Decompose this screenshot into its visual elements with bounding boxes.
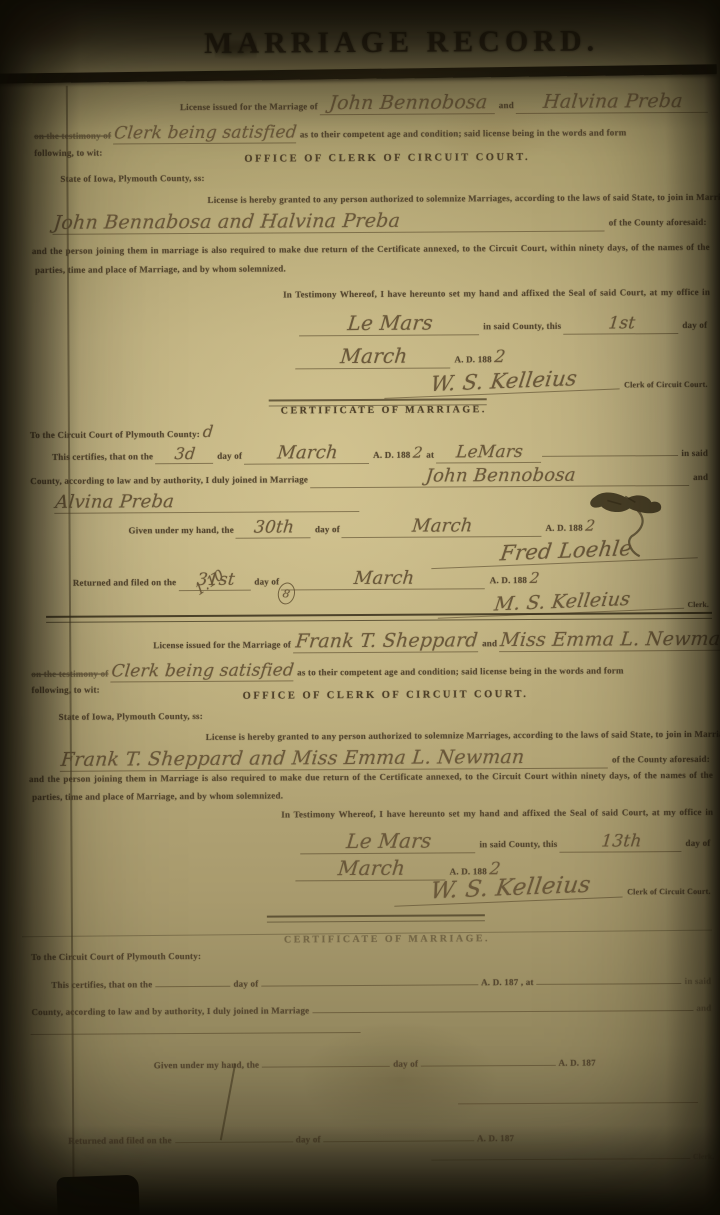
license1-clerk-line: W. S. Kelleius Clerk of Circuit Court. xyxy=(387,368,711,395)
blank-line xyxy=(537,975,682,985)
blank-line xyxy=(421,1057,555,1067)
certificate1-certifies-line: This certifies, that on the 3d day of Ma… xyxy=(49,440,711,466)
license2-testimony-whereof: In Testimony Whereof, I have hereunto se… xyxy=(281,807,713,820)
certificate2-joined-line: County, according to law and by authorit… xyxy=(28,1002,714,1017)
page-content: MARRIAGE RECORD. License issued for the … xyxy=(0,0,720,1215)
printed-label: A. D. 188 xyxy=(487,575,530,585)
printed-label: and xyxy=(479,638,500,648)
blank-line xyxy=(542,447,678,457)
printed-label: day of xyxy=(214,451,245,461)
license1-return-clause1: and the person joining them in marriage … xyxy=(32,242,710,256)
blank-line xyxy=(155,978,230,988)
printed-label: Clerk of Circuit Court. xyxy=(624,887,714,897)
printed-label: Returned and filed on the xyxy=(65,1135,175,1146)
printed-label: Clerk. xyxy=(690,1152,717,1161)
printed-label: Clerk of Circuit Court. xyxy=(621,380,711,390)
section-heading: CERTIFICATE OF MARRIAGE. xyxy=(59,403,709,418)
year-entry: 2 xyxy=(413,444,425,462)
printed-label: parties, time and place of Marriage, and… xyxy=(29,790,286,802)
printed-label: and the person joining them in Marriage … xyxy=(29,770,713,784)
printed-label: day of xyxy=(390,1059,421,1069)
certificate1-minister-line: Fred Loehle xyxy=(434,538,699,565)
license1-testimony-line: on the testimony of Clerk being satisfie… xyxy=(31,120,709,145)
printed-label: A. D. 188 xyxy=(370,450,413,460)
place-entry: Le Mars xyxy=(299,310,481,336)
day-entry: 30th xyxy=(236,517,313,538)
printed-label: day of xyxy=(230,979,261,989)
couple-names: John Bennabosa and Halvina Preba xyxy=(53,208,607,234)
bride-name: Halvina Preba xyxy=(516,90,710,114)
certificate1-given-line: Given under my hand, the 30th day of Mar… xyxy=(125,515,595,540)
certificate1-heading: CERTIFICATE OF MARRIAGE. xyxy=(59,403,709,418)
license2-state-line: State of Iowa, Plymouth County, ss: xyxy=(56,711,206,722)
section-divider xyxy=(267,914,485,922)
printed-label: in said xyxy=(682,976,715,986)
printed-label: License is hereby granted to any person … xyxy=(206,729,713,742)
license2-return-clause2: parties, time and place of Marriage, and… xyxy=(29,790,286,802)
printed-label: A. D. 188 xyxy=(542,523,585,533)
header-rule xyxy=(0,64,717,83)
license1-office-heading: OFFICE OF CLERK OF CIRCUIT COURT. xyxy=(57,151,717,166)
printed-label: A. D. 187 , at xyxy=(478,977,537,987)
printed-label: at xyxy=(423,450,437,460)
certificate2-returned-line: Returned and filed on the day of A. D. 1… xyxy=(65,1132,517,1146)
blank-line xyxy=(31,1018,361,1035)
printed-label: day of xyxy=(679,320,710,330)
clerk-signature: W. S. Kelleius xyxy=(394,870,626,906)
section-heading: OFFICE OF CLERK OF CIRCUIT COURT. xyxy=(61,688,711,703)
printed-label: A. D. 187 xyxy=(474,1133,517,1143)
printed-label: Clerk. xyxy=(685,600,712,609)
printed-label: day of xyxy=(312,524,343,534)
license2-office-heading: OFFICE OF CLERK OF CIRCUIT COURT. xyxy=(61,688,711,703)
license2-testimony-line: on the testimony of Clerk being satisfie… xyxy=(28,658,712,683)
blank-line xyxy=(324,1132,474,1142)
place-entry: Le Mars xyxy=(300,828,477,854)
certificate1-court-line: To the Circuit Court of Plymouth County:… xyxy=(27,422,214,442)
printed-label: and xyxy=(690,472,711,482)
groom-name: Frank T. Sheppard xyxy=(293,629,480,653)
printed-label: License issued for the Marriage of xyxy=(150,639,294,650)
license1-month-year-line: March A. D. 188 2 xyxy=(296,343,551,370)
printed-label: License is hereby granted to any person … xyxy=(207,192,709,205)
license1-place-day-line: Le Mars in said County, this 1st day of xyxy=(300,309,710,337)
certificate2-clerk-line: Clerk. xyxy=(431,1150,717,1163)
bride-name: Miss Emma L. Newman xyxy=(499,628,720,652)
year-entry: 2 xyxy=(494,347,507,367)
printed-label: in said County, this xyxy=(480,321,564,332)
license2-place-day-line: Le Mars in said County, this 13th day of xyxy=(301,827,713,855)
license1-names-line: John Bennabosa and Halvina Preba of the … xyxy=(54,208,710,235)
license1-state-line: State of Iowa, Plymouth County, ss: xyxy=(57,173,207,184)
marriage-record-photo: MARRIAGE RECORD. License issued for the … xyxy=(0,0,720,1215)
certificate1-returned-line: Returned and filed on the 31st day of Ma… xyxy=(70,567,540,592)
printed-label: This certifies, that on the xyxy=(49,451,156,462)
place-entry: LeMars xyxy=(436,442,543,464)
printed-label: County, according to law and by authorit… xyxy=(27,474,311,486)
printed-label: day of xyxy=(682,838,713,848)
testimony-entry: Clerk being satisfied xyxy=(113,122,298,144)
license1-issued-line: License issued for the Marriage of John … xyxy=(177,90,709,116)
printed-label: of the County aforesaid: xyxy=(609,754,713,765)
license2-issued-line: License issued for the Marriage of Frank… xyxy=(150,628,712,654)
license2-names-line: Frank T. Sheppard and Miss Emma L. Newma… xyxy=(61,745,713,772)
pen-scratch xyxy=(220,1063,236,1140)
printed-label: County, according to law and by authorit… xyxy=(28,1005,312,1017)
printed-label: State of Iowa, Plymouth County, ss: xyxy=(57,173,207,184)
printed-label: This certifies, that on the xyxy=(48,979,155,990)
printed-label: To the Circuit Court of Plymouth County: xyxy=(27,429,203,440)
printed-label: A. D. 188 xyxy=(451,354,494,364)
printed-label: as to their competent age and condition;… xyxy=(294,665,712,678)
stray-pen-mark: d xyxy=(202,422,214,441)
certificate2-certifies-line: This certifies, that on the day of A. D.… xyxy=(48,975,714,990)
blank-line xyxy=(312,1002,693,1013)
printed-label: In Testimony Whereof, I have hereunto se… xyxy=(281,807,713,820)
printed-label: on the testimony of xyxy=(31,130,114,141)
printed-label: in said xyxy=(678,448,711,458)
printed-label: and xyxy=(693,1003,714,1013)
day-entry: 3d xyxy=(155,444,215,464)
license1-grant-line: License is hereby granted to any person … xyxy=(207,192,709,205)
blank-line xyxy=(261,976,478,986)
book-tab xyxy=(56,1175,139,1215)
printed-label: A. D. 187 xyxy=(555,1058,598,1068)
printed-label: In Testimony Whereof, I have hereunto se… xyxy=(283,287,710,300)
license1-testimony-whereof: In Testimony Whereof, I have hereunto se… xyxy=(283,287,710,300)
printed-label: as to their competent age and condition;… xyxy=(297,127,709,140)
day-entry: 13th xyxy=(559,831,683,853)
month-entry: March xyxy=(295,343,452,369)
certificate1-clerk-line: M. S. Kelleius Clerk. xyxy=(440,590,712,615)
printed-label: day of xyxy=(251,576,282,586)
printed-label: in said County, this xyxy=(476,839,560,850)
printed-label: of the County aforesaid: xyxy=(606,217,710,228)
blank-line xyxy=(262,1058,390,1068)
printed-label: on the testimony of xyxy=(28,669,111,680)
printed-label: State of Iowa, Plymouth County, ss: xyxy=(56,711,206,722)
page-title: MARRIAGE RECORD. xyxy=(81,24,720,62)
printed-label: and the person joining them in marriage … xyxy=(32,242,710,256)
license2-clerk-line: W. S. Kelleius Clerk of Circuit Court. xyxy=(397,874,714,903)
printed-label: Returned and filed on the xyxy=(70,577,180,588)
testimony-entry: Clerk being satisfied xyxy=(110,660,295,682)
license2-grant-line: License is hereby granted to any person … xyxy=(206,729,713,742)
printed-label: parties, time and place of Marriage, and… xyxy=(32,263,289,275)
certificate2-given-line: Given under my hand, the day of A. D. 18… xyxy=(151,1057,599,1071)
bride-name: Alvina Preba xyxy=(54,490,361,514)
license1-return-clause2: parties, time and place of Marriage, and… xyxy=(32,263,289,275)
certificate1-bride-line: Alvina Preba xyxy=(55,490,360,514)
year-entry: 2 xyxy=(585,517,597,535)
printed-label: Given under my hand, the xyxy=(151,1060,262,1071)
printed-label: and xyxy=(496,100,517,110)
printed-label: License issued for the Marriage of xyxy=(177,101,321,112)
record-divider xyxy=(46,612,712,623)
printed-label: Given under my hand, the xyxy=(125,525,236,536)
license2-return-clause1: and the person joining them in Marriage … xyxy=(29,770,713,784)
blank-signature-line xyxy=(458,1088,698,1104)
blank-line xyxy=(431,1150,690,1161)
groom-name: John Bennobosa xyxy=(310,464,691,488)
printed-label: day of xyxy=(293,1134,324,1144)
month-entry: March xyxy=(342,515,544,538)
groom-name: John Bennobosa xyxy=(320,91,497,115)
blank-line xyxy=(175,1133,293,1143)
month-entry: March xyxy=(244,442,371,465)
section-heading: OFFICE OF CLERK OF CIRCUIT COURT. xyxy=(57,151,717,166)
certificate2-court-line: To the Circuit Court of Plymouth County: xyxy=(28,951,204,962)
couple-names: Frank T. Sheppard and Miss Emma L. Newma… xyxy=(60,745,610,771)
clerk-signature: W. S. Kelleius xyxy=(384,364,623,399)
month-entry: March xyxy=(281,567,488,590)
printed-label: To the Circuit Court of Plymouth County: xyxy=(28,951,204,962)
day-entry: 1st xyxy=(563,313,680,335)
year-entry: 2 xyxy=(529,569,541,587)
